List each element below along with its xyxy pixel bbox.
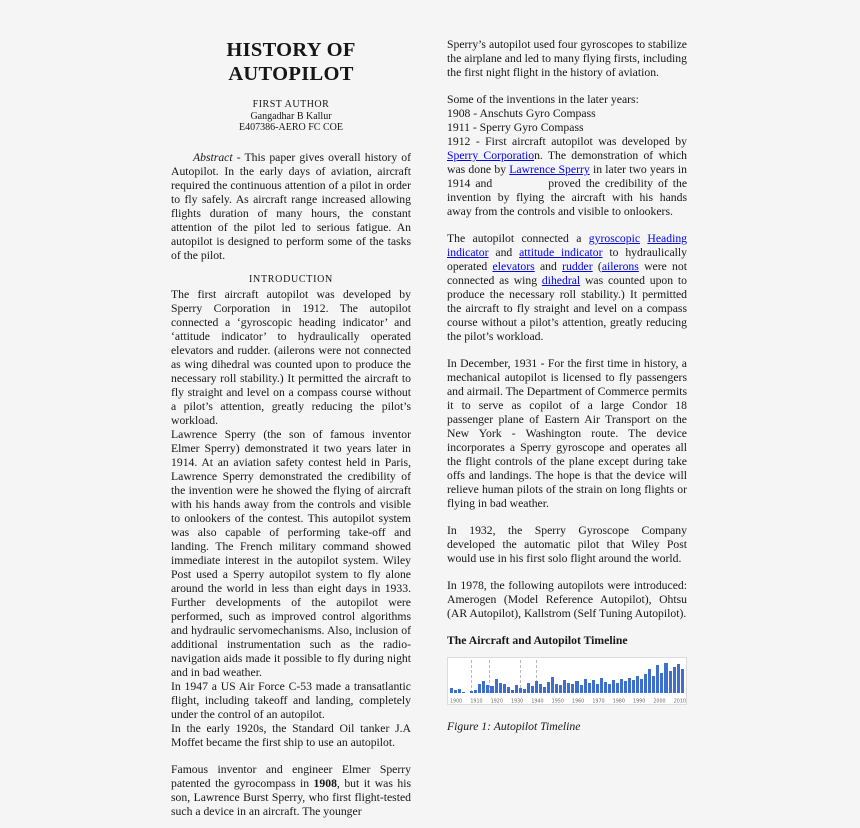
timeline-bar [596,684,599,693]
timeline-x-tick: 1980 [613,698,625,704]
paper-sheet: HISTORY OF AUTOPILOT FIRST AUTHOR Gangad… [171,38,688,819]
text-segment: 1908 [314,777,337,790]
timeline-bar [567,683,570,693]
timeline-bar [478,684,481,693]
text-segment: and [535,260,562,273]
text-segment: 1912 - First aircraft autopilot was deve… [447,135,687,148]
timeline-bar [559,685,562,693]
figure-caption: Figure 1: Autopilot Timeline [447,720,687,733]
timeline-bar [474,690,477,693]
paragraph: Lawrence Sperry (the son of famous inven… [171,428,411,680]
timeline-bar [648,669,651,693]
inline-link[interactable]: Lawrence Sperry [509,163,589,176]
timeline-bar [592,680,595,693]
timeline-bar [604,682,607,693]
timeline-bar [555,684,558,693]
inline-link[interactable]: Sperry Corporatio [447,149,534,162]
timeline-bar [515,685,518,693]
left-column: HISTORY OF AUTOPILOT FIRST AUTHOR Gangad… [171,38,411,819]
timeline-bar [580,685,583,693]
timeline-bar [490,686,493,693]
timeline-bar [511,690,514,693]
introduction-heading: INTRODUCTION [171,273,411,286]
paragraph: In 1947 a US Air Force C-53 made a trans… [171,680,411,722]
timeline-bar [616,683,619,693]
text-segment: ( [593,260,602,273]
timeline-bar [584,679,587,693]
text-segment: The autopilot connected a [447,232,589,245]
timeline-bar [495,679,498,693]
paragraph: In the early 1920s, the Standard Oil tan… [171,722,411,750]
timeline-bar [640,679,643,693]
timeline-bar [519,688,522,693]
timeline-x-tick: 1920 [491,698,503,704]
text-segment: In the early 1920s, the Standard Oil tan… [171,722,411,749]
timeline-bar [499,683,502,693]
timeline-x-tick: 2000 [653,698,665,704]
text-segment: - This paper gives overall history of Au… [171,151,411,262]
paragraph: Some of the inventions in the later year… [447,93,687,107]
paragraph: The autopilot connected a gyroscopic Hea… [447,232,687,344]
timeline-bar [543,687,546,693]
timeline-x-tick: 2010 [674,698,686,704]
timeline-x-tick: 1960 [572,698,584,704]
timeline-x-tick: 1970 [592,698,604,704]
timeline-bars [450,660,684,693]
timeline-bar [482,681,485,693]
timeline-bar [571,684,574,693]
paragraph: In 1978, the following autopilots were i… [447,579,687,621]
timeline-item: 1912 - First aircraft autopilot was deve… [447,135,687,219]
timeline-bar [644,674,647,693]
timeline-bar [656,665,659,693]
timeline-bar [458,689,461,693]
timeline-item: 1908 - Anschuts Gyro Compass [447,107,687,121]
paragraph: In December, 1931 - For the first time i… [447,357,687,511]
timeline-x-tick: 1990 [633,698,645,704]
timeline-bar [531,686,534,693]
paragraph: The first aircraft autopilot was develop… [171,288,411,428]
author-name: Gangadhar B Kallur [171,111,411,123]
text-segment: 1911 - Sperry Gyro Compass [447,121,584,134]
timeline-x-labels: 1900191019201930194019501960197019801990… [450,698,686,704]
inline-link[interactable]: attitude indicator [519,246,602,259]
timeline-bar [588,683,591,693]
text-segment: In 1978, the following autopilots were i… [447,579,687,620]
timeline-bar [664,663,667,693]
timeline-bar [669,671,672,693]
timeline-bar [628,678,631,693]
text-segment: In December, 1931 - For the first time i… [447,357,687,510]
text-segment: Some of the inventions in the later year… [447,93,639,106]
timeline-x-tick: 1940 [531,698,543,704]
timeline-bar [608,684,611,693]
document-page: { "page": { "background": "#f5f5f5", "te… [0,0,860,828]
timeline-bar [450,688,453,693]
inline-link[interactable]: ailerons [602,260,639,273]
timeline-bar [681,669,684,693]
paper-title: HISTORY OF AUTOPILOT [171,38,411,86]
timeline-bar [486,685,489,693]
timeline-item: 1911 - Sperry Gyro Compass [447,121,687,135]
timeline-figure: 1900191019201930194019501960197019801990… [447,657,687,705]
timeline-bar [523,689,526,693]
timeline-bar [620,679,623,693]
timeline-bar [575,681,578,693]
timeline-bar [652,676,655,693]
timeline-bar [507,687,510,693]
text-segment: The first aircraft autopilot was develop… [171,288,411,427]
abstract-paragraph: Abstract - This paper gives overall hist… [171,151,411,263]
text-segment: Abstract [193,151,233,164]
timeline-bar [636,676,639,693]
timeline-bar [547,682,550,693]
figure-heading: The Aircraft and Autopilot Timeline [447,634,687,648]
timeline-bar [551,677,554,693]
timeline-x-tick: 1900 [450,698,462,704]
text-segment: Lawrence Sperry (the son of famous inven… [171,428,411,679]
paragraph: In 1932, the Sperry Gyroscope Company de… [447,524,687,566]
timeline-bar [612,680,615,693]
timeline-x-tick: 1910 [470,698,482,704]
timeline-bar [539,684,542,693]
timeline-bar [660,673,663,693]
timeline-bar [677,664,680,693]
right-column: Sperry’s autopilot used four gyroscopes … [447,38,687,819]
author-id: E407386-AERO FC COE [171,122,411,134]
text-segment: In 1947 a US Air Force C-53 made a trans… [171,680,411,721]
author-block: FIRST AUTHOR Gangadhar B Kallur E407386-… [171,99,411,134]
timeline-x-tick: 1950 [552,698,564,704]
inline-link[interactable]: dihedral [542,274,580,287]
text-segment: Sperry’s autopilot used four gyroscopes … [447,38,687,79]
timeline-bar [454,690,457,693]
inline-link[interactable]: elevators [493,260,535,273]
inline-link[interactable]: gyroscopic [589,232,640,245]
timeline-bar [535,681,538,693]
timeline-x-tick: 1930 [511,698,523,704]
inline-link[interactable]: rudder [562,260,593,273]
timeline-bar [503,684,506,693]
text-segment: 1908 - Anschuts Gyro Compass [447,107,596,120]
paragraph: Sperry’s autopilot used four gyroscopes … [447,38,687,80]
timeline-bar [462,692,465,693]
timeline-bar [600,678,603,693]
timeline-bar [673,667,676,693]
timeline-bar [624,681,627,693]
text-segment: In 1932, the Sperry Gyroscope Company de… [447,524,687,565]
paragraph: Famous inventor and engineer Elmer Sperr… [171,763,411,819]
timeline-bar [527,683,530,693]
timeline-bar [470,691,473,693]
author-heading: FIRST AUTHOR [171,99,411,111]
timeline-bar [563,680,566,693]
text-segment: and [489,246,520,259]
timeline-bar [632,680,635,693]
